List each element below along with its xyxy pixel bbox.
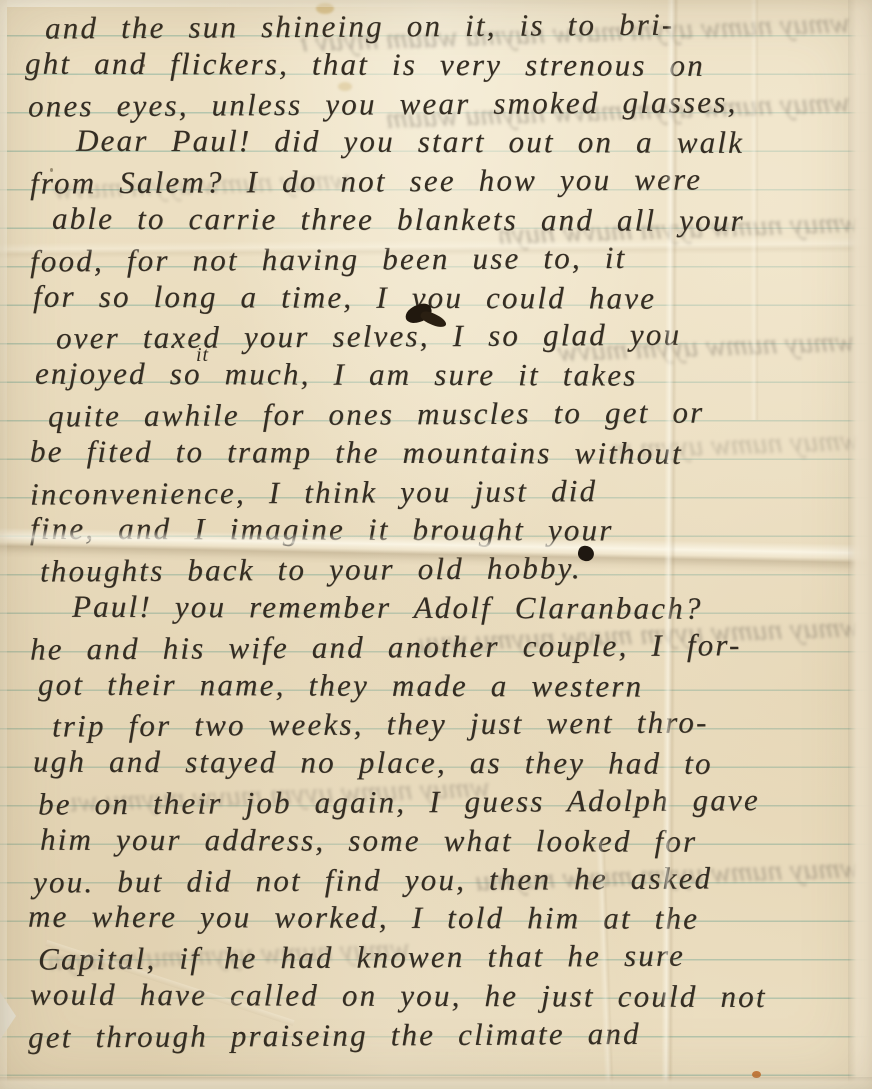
- handwritten-line: inconvenience, I think you just did: [30, 470, 872, 514]
- handwritten-line: from Salem? I do not see how you were: [30, 160, 872, 204]
- handwritten-line: ugh and stayed no place, as they had to: [33, 743, 872, 784]
- paper-stain: [752, 1071, 761, 1078]
- handwritten-line: got their name, they made a western: [38, 665, 872, 706]
- handwritten-line: me where you worked, I told him at the: [28, 898, 872, 939]
- handwritten-line: he and his wife and another couple, I fo…: [30, 625, 872, 669]
- handwritten-line: able to carrie three blankets and all yo…: [52, 200, 872, 241]
- inserted-word: it: [196, 344, 209, 367]
- handwritten-line: thoughts back to your old hobby.: [40, 548, 872, 592]
- handwritten-line: quite awhile for ones muscles to get or: [48, 392, 872, 436]
- ink-blot: [405, 303, 453, 341]
- handwritten-line: him your address, some what looked for: [40, 820, 872, 861]
- handwritten-line: be fited to tramp the mountains without: [30, 432, 872, 473]
- letter-scan: wmuy numw uyym muvw nuymu wuum myuv muwn…: [0, 0, 872, 1089]
- handwritten-line: enjoyed so much, I am sure it takes: [35, 355, 872, 396]
- handwritten-line: fine, and I imagine it brought your: [30, 510, 872, 551]
- handwritten-line: get through praiseing the climate and: [28, 1013, 872, 1057]
- handwritten-line: food, for not having been use to, it: [30, 237, 872, 281]
- handwritten-line: over taxed your selves, I so glad you: [56, 315, 872, 359]
- handwritten-line: be on their job again, I guess Adolph ga…: [38, 780, 872, 824]
- handwritten-line: ones eyes, unless you wear smoked glasse…: [28, 82, 872, 126]
- letter-body: and the sun shineing on it, is to bri- g…: [0, 0, 872, 1055]
- handwritten-line: Capital, if he had knowen that he sure: [38, 936, 872, 980]
- handwritten-line: and the sun shineing on it, is to bri-: [45, 4, 872, 48]
- handwritten-line: Paul! you remember Adolf Claranbach?: [72, 588, 872, 629]
- handwritten-line: you. but did not find you, then he asked: [33, 858, 872, 902]
- handwritten-line: would have called on you, he just could …: [30, 976, 872, 1017]
- handwritten-line: trip for two weeks, they just went thro-: [52, 703, 872, 747]
- handwritten-line: ght and flickers, that is very strenous …: [25, 44, 872, 85]
- handwritten-line: Dear Paul! did you start out on a walk: [76, 122, 872, 163]
